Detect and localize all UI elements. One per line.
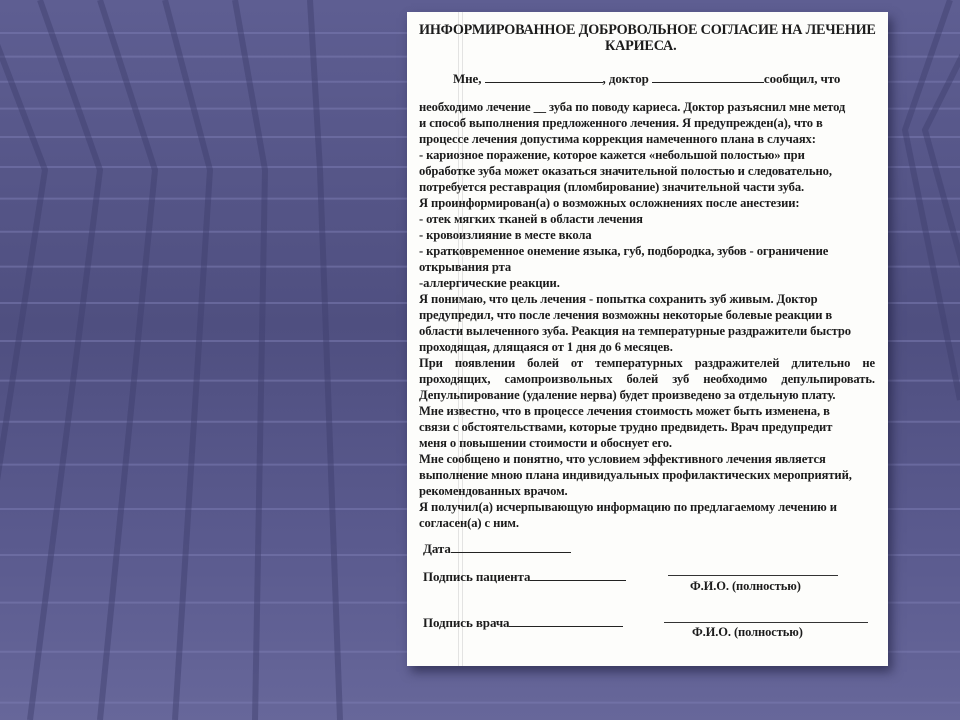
body-line: -аллергические реакции. [419, 275, 560, 291]
intro-part1: Мне, [453, 71, 481, 86]
doctor-signature-field: Подпись врача [423, 614, 623, 631]
intro-part3: сообщил, что [764, 71, 840, 86]
body-line: проходящая, длящаяся от 1 дня до 6 месяц… [419, 339, 673, 355]
body-line: связи с обстоятельствами, которые трудно… [419, 419, 832, 435]
date-field: Дата [423, 540, 571, 557]
body-line: Я понимаю, что цель лечения - попытка со… [419, 291, 817, 307]
patient-full-name-line[interactable] [668, 575, 838, 576]
doctor-name-blank[interactable] [652, 70, 764, 83]
body-line: области вылеченного зуба. Реакция на тем… [419, 323, 851, 339]
intro-line: Мне, , доктор сообщил, что [453, 70, 840, 87]
body-line: - кратковременное онемение языка, губ, п… [419, 243, 828, 259]
body-line: потребуется реставрация (пломбирование) … [419, 179, 804, 195]
body-line: процессе лечения допустима коррекция нам… [419, 131, 816, 147]
body-line: согласен(а) с ним. [419, 515, 519, 531]
body-line: предупредил, что после лечения возможны … [419, 307, 832, 323]
doctor-signature-label: Подпись врача [423, 615, 509, 630]
patient-full-name-caption: Ф.И.О. (полностью) [690, 578, 801, 594]
date-blank[interactable] [451, 540, 571, 553]
doctor-signature-blank[interactable] [509, 614, 623, 627]
body-line: обработке зуба может оказаться значитель… [419, 163, 832, 179]
body-line: Я проинформирован(а) о возможных осложне… [419, 195, 800, 211]
body-line: - кариозное поражение, которое кажется «… [419, 147, 805, 163]
body-line: необходимо лечение __ зуба по поводу кар… [419, 99, 845, 115]
patient-signature-label: Подпись пациента [423, 569, 530, 584]
body-line: Мне известно, что в процессе лечения сто… [419, 403, 830, 419]
consent-form-document: ИНФОРМИРОВАННОЕ ДОБРОВОЛЬНОЕ СОГЛАСИЕ НА… [407, 12, 888, 666]
body-line: рекомендованных врачом. [419, 483, 568, 499]
body-line: Депульпирование (удаление нерва) будет п… [419, 387, 835, 403]
patient-name-blank[interactable] [485, 70, 603, 83]
body-line: проходящих, самопроизвольных болей зуб н… [419, 371, 875, 387]
document-title-line1: ИНФОРМИРОВАННОЕ ДОБРОВОЛЬНОЕ СОГЛАСИЕ НА… [419, 22, 876, 38]
body-line: меня о повышении стоимости и обоснует ег… [419, 435, 672, 451]
body-line: Я получил(а) исчерпывающую информацию по… [419, 499, 837, 515]
date-label: Дата [423, 541, 451, 556]
doctor-full-name-caption: Ф.И.О. (полностью) [692, 624, 803, 640]
doctor-full-name-line[interactable] [664, 622, 868, 623]
document-title-line2: КАРИЕСА. [605, 38, 676, 54]
body-line: Мне сообщено и понятно, что условием эфф… [419, 451, 826, 467]
body-line: и способ выполнения предложенного лечени… [419, 115, 823, 131]
body-line: - кровоизлияние в месте вкола [419, 227, 592, 243]
body-line: При появлении болей от температурных раз… [419, 355, 875, 371]
intro-part2: , доктор [603, 71, 649, 86]
body-line: - отек мягких тканей в области лечения [419, 211, 643, 227]
patient-signature-blank[interactable] [530, 568, 626, 581]
body-line: открывания рта [419, 259, 511, 275]
patient-signature-field: Подпись пациента [423, 568, 626, 585]
body-line: выполнение мною плана индивидуальных про… [419, 467, 852, 483]
